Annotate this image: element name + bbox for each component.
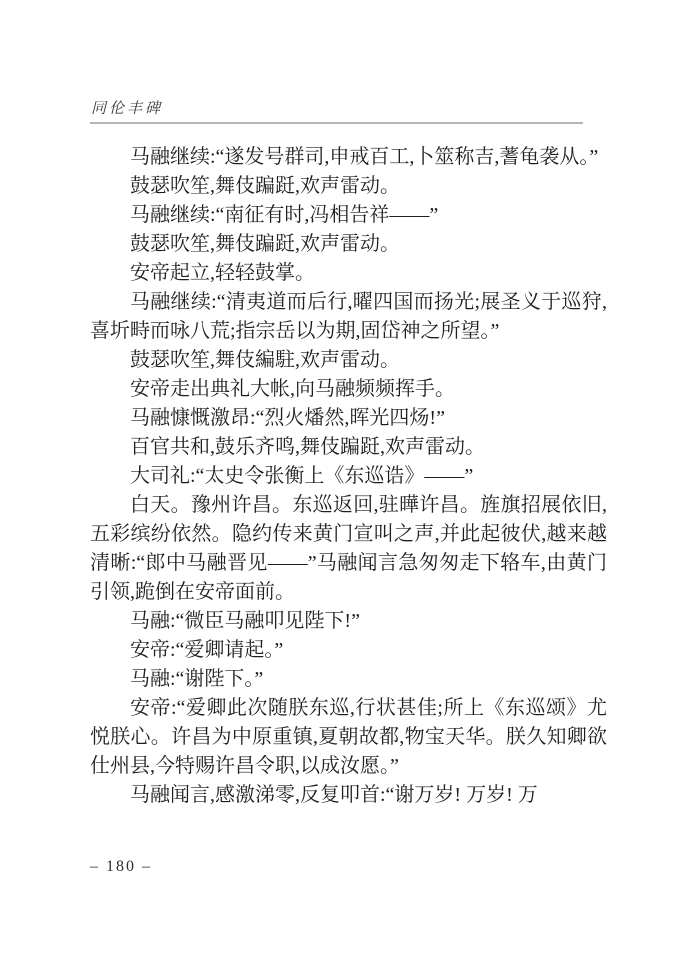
paragraph: 马融闻言,感激涕零,反复叩首:“谢万岁! 万岁! 万: [90, 781, 607, 810]
page-number: – 180 –: [90, 858, 152, 876]
paragraph: 大司礼:“太史令张衡上《东巡诰》——”: [90, 462, 607, 491]
book-page: 同伦丰碑 马融继续:“遂发号群司,申戒百工,卜筮称吉,蓍龟袭从。” 鼓瑟吹笙,舞…: [0, 0, 692, 968]
paragraph: 马融:“谢陛下。”: [90, 665, 607, 694]
paragraph: 安帝起立,轻轻鼓掌。: [90, 259, 607, 288]
paragraph: 鼓瑟吹笙,舞伎編駐,欢声雷动。: [90, 346, 607, 375]
paragraph: 鼓瑟吹笙,舞伎蹁跹,欢声雷动。: [90, 230, 607, 259]
paragraph: 安帝走出典礼大帐,向马融频频挥手。: [90, 375, 607, 404]
paragraph: 马融继续:“南征有时,冯相告祥——”: [90, 201, 607, 230]
page-body-text: 马融继续:“遂发号群司,申戒百工,卜筮称吉,蓍龟袭从。” 鼓瑟吹笙,舞伎蹁跹,欢…: [90, 143, 607, 810]
paragraph: 安帝:“爱卿此次随朕东巡,行状甚佳;所上《东巡颂》尤悦朕心。许昌为中原重镇,夏朝…: [90, 694, 607, 781]
running-header-title: 同伦丰碑: [91, 97, 163, 118]
paragraph: 马融继续:“遂发号群司,申戒百工,卜筮称吉,蓍龟袭从。”: [90, 143, 607, 172]
paragraph: 安帝:“爱卿请起。”: [90, 636, 607, 665]
header-rule-divider: [90, 122, 583, 124]
paragraph: 马融慷慨激昂:“烈火燔然,晖光四炀!”: [90, 404, 607, 433]
paragraph: 鼓瑟吹笙,舞伎蹁跹,欢声雷动。: [90, 172, 607, 201]
paragraph: 马融继续:“清夷道而后行,曜四国而扬光;展圣义于巡狩,喜圻畤而咏八荒;指宗岳以为…: [90, 288, 607, 346]
paragraph: 白天。豫州许昌。东巡返回,驻曄许昌。旌旗招展依旧,五彩缤纷依然。隐约传来黄门宣叫…: [90, 491, 607, 607]
paragraph: 马融:“微臣马融叩见陛下!”: [90, 607, 607, 636]
paragraph: 百官共和,鼓乐齐鸣,舞伎蹁跹,欢声雷动。: [90, 433, 607, 462]
